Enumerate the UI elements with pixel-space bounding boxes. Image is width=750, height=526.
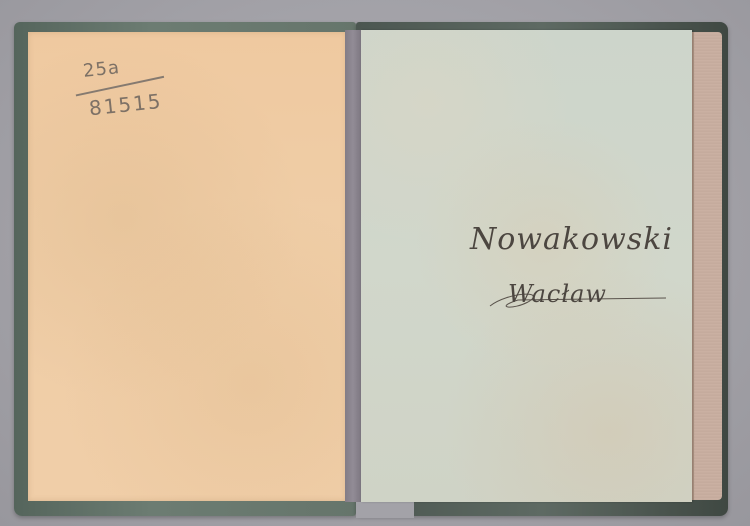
page-block-edges [692,32,722,500]
pencil-note-top: 25a [82,57,121,82]
inscription-surname: Nowakowski [470,222,673,257]
inscription-given-name: Wacław [508,280,607,308]
pencil-note-bottom: 81515 [88,89,164,121]
book-spine-hinge [345,30,361,502]
right-title-page [361,30,692,502]
cover-gap [356,500,414,518]
pencil-annotation: 25a 81515 [72,50,190,141]
